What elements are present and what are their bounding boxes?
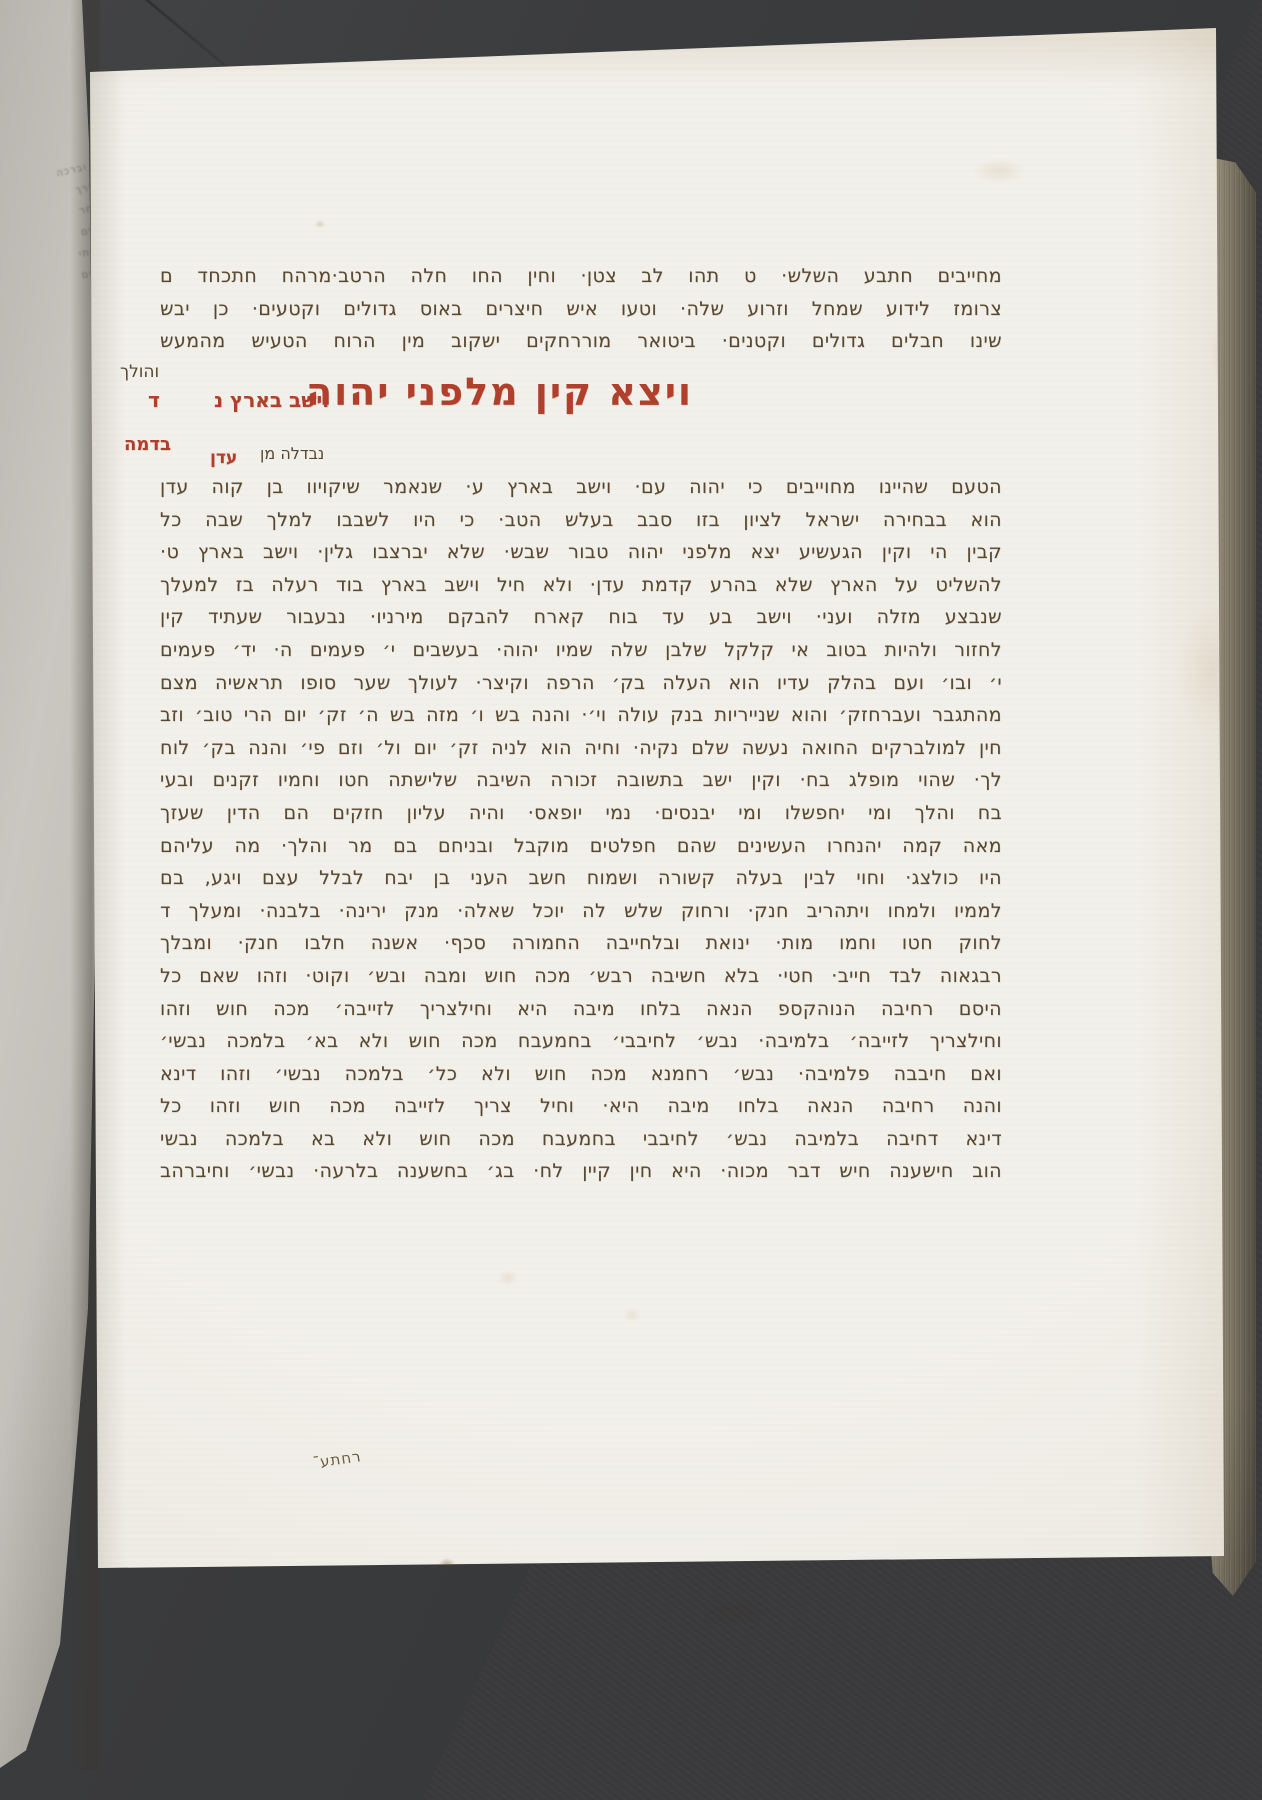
manuscript-text-line: צרומז לידוע שמחל וזרוע שלה· וטעו איש חיצ… — [160, 293, 1002, 326]
manuscript-text-line: דינא דחיבה בלמיבה נבש׳ לחיבבי בחמעבח מכה… — [160, 1123, 1002, 1156]
upper-text-block: מחייבים חתבע השלש· ט תהו לב צטן· וחין הח… — [160, 260, 1002, 358]
manuscript-text-line: מהתגבר ועברחזק׳ והוא שנייריות בנק עולה ו… — [160, 699, 1002, 732]
rubric-isolated-letter: ד — [148, 388, 160, 412]
manuscript-text-line: לך· שהוי מופלג בח· וקין ישב בתשובה זכורה… — [160, 764, 1002, 797]
manuscript-text-line: היו כולצג· וחוי לבין בעלה קשורה ושמוח חש… — [160, 862, 1002, 895]
foxing-stain — [620, 1306, 644, 1324]
manuscript-text-line: י׳ ובו׳ ועם בהלק עדיו הוא העלה בק׳ הרפה … — [160, 667, 1002, 700]
rubric-margin-word: בדמה — [124, 434, 171, 455]
manuscript-text-line: שנבצע מזלה ועני· וישב בע עד בוח קארח להב… — [160, 601, 1002, 634]
manuscript-text-line: לחוק חטו וחמו מות· ינואת ובלחייבה החמורה… — [160, 927, 1002, 960]
line-overflow-word: והולך — [120, 362, 159, 382]
rubric-lemma: עדן — [210, 448, 237, 468]
manuscript-text-line: רבגאוה לבד חייב· חטי· בלא חשיבה רבש׳ מכה… — [160, 960, 1002, 993]
manuscript-text-line: בח והלך ומי יחפשלו ומי יבנסים· נמי יופאס… — [160, 797, 1002, 830]
manuscript-text-line: חין למולברקים החואה נעשה שלם נקיה· וחיה … — [160, 732, 1002, 765]
manuscript-text-line: להשליט על הארץ שלא בהרע קדמת עדן· ולא חי… — [160, 569, 1002, 602]
foxing-stain — [964, 154, 1034, 188]
manuscript-text-line: מאה קמה יהנחרו העשינים שהם חפלטים מוקבל … — [160, 830, 1002, 863]
manuscript-text-line: הטעם שהיינו מחוייבים כי יהוה עם· וישב בא… — [160, 471, 1002, 504]
foxing-stain — [312, 218, 328, 230]
manuscript-text-line: לחזור ולהיות בטוב אי קלקל שלבן שלה שמיו … — [160, 634, 1002, 667]
manuscript-text-line: הוא בבחירה ישראל לציון בזו סבב בעלש הטב·… — [160, 504, 1002, 537]
manuscript-text-line: שינו חבלים גדולים וקטנים· ביטואר מוררחקי… — [160, 325, 1002, 358]
rubric-heading: ויצא קין מלפני יהוה — [306, 370, 693, 414]
manuscript-text-line: ואם חיבבה פלמיבה· נבש׳ רחמנא מכה חוש ולא… — [160, 1058, 1002, 1091]
digitized-manuscript-photo: { "meta": { "description": "Open Hebrew … — [0, 0, 1262, 1800]
manuscript-text-line: לממיו ולמחו ויתהריב חנק· ורחוק שלש לה יו… — [160, 895, 1002, 928]
lemma-continuation: נבדלה מן — [260, 444, 324, 463]
manuscript-text-line: וחילצריך לזייבה׳ בלמיבה· נבש׳ לחיבבי׳ בח… — [160, 1025, 1002, 1058]
manuscript-text-line: קבין הי וקין הגעשיע יצא מלפני יהוה טבור … — [160, 536, 1002, 569]
manuscript-text-line: מחייבים חתבע השלש· ט תהו לב צטן· וחין הח… — [160, 260, 1002, 293]
rubric-subheading: וישב בארץ נ — [214, 388, 329, 412]
main-text-block: הטעם שהיינו מחוייבים כי יהוה עם· וישב בא… — [160, 471, 1002, 1188]
manuscript-text-line: והנה רחיבה הנאה בלחו מיבה היא· וחיל צריך… — [160, 1090, 1002, 1123]
manuscript-text-line: הוב חישענה חיש דבר מכוה· היא חין קיין לח… — [160, 1155, 1002, 1188]
manuscript-text-line: היסם רחיבה הנוהקספ הנאה בלחו מיבה היא וח… — [160, 993, 1002, 1026]
catchword: רחתע̄ — [319, 1447, 363, 1471]
foxing-stain — [494, 1268, 522, 1288]
manuscript-page: מחייבים חתבע השלש· ט תהו לב צטן· וחין הח… — [84, 26, 1226, 1582]
